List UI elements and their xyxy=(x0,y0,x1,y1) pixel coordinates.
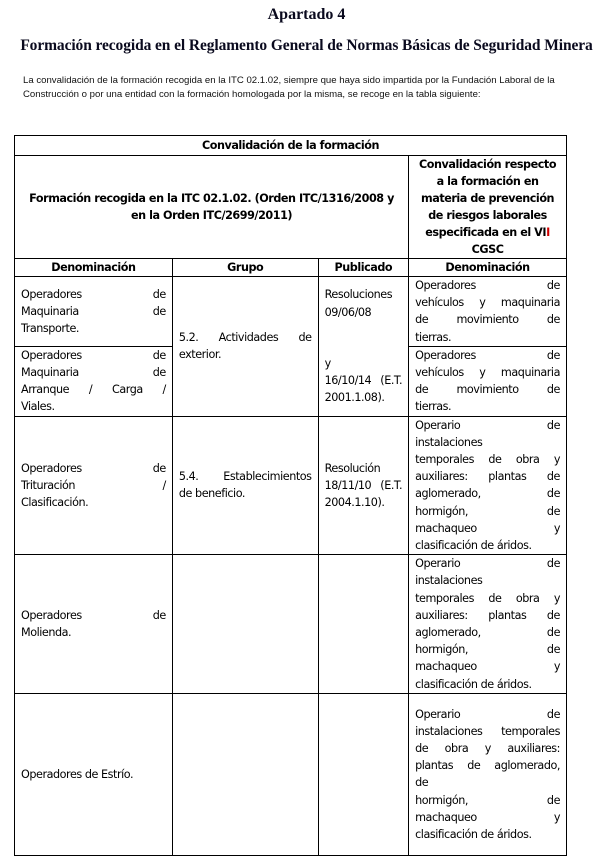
cell-line: 2004.1.10). xyxy=(325,494,403,511)
cell-line: Operadores de xyxy=(21,607,166,624)
table-row: Operadores de Estrío. Operario deinstala… xyxy=(15,693,567,855)
cell-line: Operario de xyxy=(415,706,560,723)
right-header-highlight: I xyxy=(546,226,550,239)
column-header-denominacion-convalidada: Denominación xyxy=(409,259,567,277)
column-header-grupo: Grupo xyxy=(172,259,318,277)
cell-line: 18/11/10 (E.T. xyxy=(325,477,403,494)
cell-line: Clasificación. xyxy=(21,494,166,511)
table-left-header: Formación recogida en la ITC 02.1.02. (O… xyxy=(15,156,409,259)
cell-line: de movimiento de xyxy=(415,311,560,328)
grupo-cell-empty xyxy=(172,693,318,855)
publicado-bottom: y16/10/14 (E.T.2001.1.08). xyxy=(325,355,403,407)
publicado-cell-empty xyxy=(318,693,409,855)
cell-line: 09/06/08 xyxy=(325,304,403,321)
cell-line: exterior. xyxy=(179,346,312,363)
grupo-cell: 5.4. Establecimientosde beneficio. xyxy=(172,416,318,555)
cell-line: Maquinaria de xyxy=(21,364,166,381)
cell-line: Trituración / xyxy=(21,477,166,494)
right-header-suffix: CGSC xyxy=(472,243,504,256)
convalidacion-cell: Operario deinstalaciones temporalesde ob… xyxy=(409,693,567,855)
cell-line: hormigón, de xyxy=(415,641,560,658)
cell-line: de beneficio. xyxy=(179,485,312,502)
denominacion-cell: Operadores de Estrío. xyxy=(15,693,173,855)
section-subtitle: Formación recogida en el Reglamento Gene… xyxy=(0,37,613,55)
table-row: Operadores deMolienda. Operario deinstal… xyxy=(15,555,567,694)
cell-line: instalaciones xyxy=(415,434,560,451)
right-header-text: Convalidación respecto a la formación en… xyxy=(419,158,556,239)
publicado-cell: Resolución18/11/10 (E.T.2004.1.10). xyxy=(318,416,409,555)
intro-paragraph: La convalidación de la formación recogid… xyxy=(23,74,583,103)
cell-line: Maquinaria de xyxy=(21,303,166,320)
cell-line: Operadores de xyxy=(415,277,560,294)
cell-line: Resoluciones xyxy=(325,286,403,303)
cell-line: Viales. xyxy=(21,398,166,415)
cell-line: Operadores de xyxy=(21,347,166,364)
convalidacion-cell: Operario deinstalacionestemporales de ob… xyxy=(409,416,567,555)
cell-line: instalaciones temporales xyxy=(415,723,560,740)
cell-line: Operadores de Estrío. xyxy=(21,766,166,783)
cell-line: tierras. xyxy=(415,329,560,346)
cell-line: Operario de xyxy=(415,555,560,572)
cell-line: Operadores de xyxy=(415,347,560,364)
publicado-cell: Resoluciones09/06/08 y16/10/14 (E.T.2001… xyxy=(318,277,409,417)
cell-line: 16/10/14 (E.T. xyxy=(325,372,403,389)
cell-line: hormigón, de xyxy=(415,503,560,520)
column-header-denominacion: Denominación xyxy=(15,259,173,277)
cell-line: hormigón, de xyxy=(415,792,560,809)
denominacion-cell: Operadores deMolienda. xyxy=(15,555,173,694)
cell-line: aglomerado, de xyxy=(415,624,560,641)
convalidacion-cell: Operadores devehículos y maquinariade mo… xyxy=(409,277,567,347)
table-main-header: Convalidación de la formación xyxy=(15,136,567,156)
cell-line: tierras. xyxy=(415,398,560,415)
cell-line: machaqueo y xyxy=(415,658,560,675)
grupo-cell-empty xyxy=(172,555,318,694)
publicado-cell-empty xyxy=(318,555,409,694)
convalidacion-cell: Operadores devehículos y maquinariade mo… xyxy=(409,346,567,416)
cell-line: Operadores de xyxy=(21,286,166,303)
denominacion-cell: Operadores deMaquinaria deArranque / Car… xyxy=(15,346,173,416)
cell-line: 5.2. Actividades de xyxy=(179,329,312,346)
cell-line: auxiliares: plantas de xyxy=(415,468,560,485)
cell-line: aglomerado, de xyxy=(415,485,560,502)
cell-line: temporales de obra y xyxy=(415,590,560,607)
cell-line: Arranque / Carga / xyxy=(21,381,166,398)
table-right-header: Convalidación respecto a la formación en… xyxy=(409,156,567,259)
cell-line: 2001.1.08). xyxy=(325,389,403,406)
grupo-cell: 5.2. Actividades deexterior. xyxy=(172,277,318,417)
cell-line: instalaciones xyxy=(415,572,560,589)
cell-line: de movimiento de xyxy=(415,381,560,398)
convalidacion-cell: Operario deinstalacionestemporales de ob… xyxy=(409,555,567,694)
cell-line: 5.4. Establecimientos xyxy=(179,468,312,485)
cell-line: clasificación de áridos. xyxy=(415,537,560,554)
column-header-publicado: Publicado xyxy=(318,259,409,277)
cell-line: clasificación de áridos. xyxy=(415,676,560,693)
cell-line: vehículos y maquinaria xyxy=(415,364,560,381)
denominacion-cell: Operadores deMaquinaria deTransporte. xyxy=(15,277,173,347)
convalidation-table: Convalidación de la formación Formación … xyxy=(14,135,567,856)
cell-line: Operadores de xyxy=(21,460,166,477)
cell-line: auxiliares: plantas de xyxy=(415,607,560,624)
cell-line: temporales de obra y xyxy=(415,451,560,468)
table-row: Operadores deMaquinaria deTransporte. 5.… xyxy=(15,277,567,347)
denominacion-cell: Operadores deTrituración /Clasificación. xyxy=(15,416,173,555)
cell-line: de xyxy=(415,774,560,791)
publicado-top: Resoluciones09/06/08 xyxy=(325,286,403,320)
cell-line: Resolución xyxy=(325,460,403,477)
cell-line: Operario de xyxy=(415,417,560,434)
cell-line: Transporte. xyxy=(21,320,166,337)
cell-line: plantas de aglomerado, xyxy=(415,757,560,774)
cell-line: y xyxy=(325,355,403,372)
cell-line: machaqueo y xyxy=(415,520,560,537)
cell-line: de obra y auxiliares: xyxy=(415,740,560,757)
cell-line: clasificación de áridos. xyxy=(415,826,560,843)
table-row: Operadores deTrituración /Clasificación.… xyxy=(15,416,567,555)
section-title: Apartado 4 xyxy=(0,6,613,24)
cell-line: vehículos y maquinaria xyxy=(415,294,560,311)
cell-line: Molienda. xyxy=(21,624,166,641)
cell-line: machaqueo y xyxy=(415,809,560,826)
